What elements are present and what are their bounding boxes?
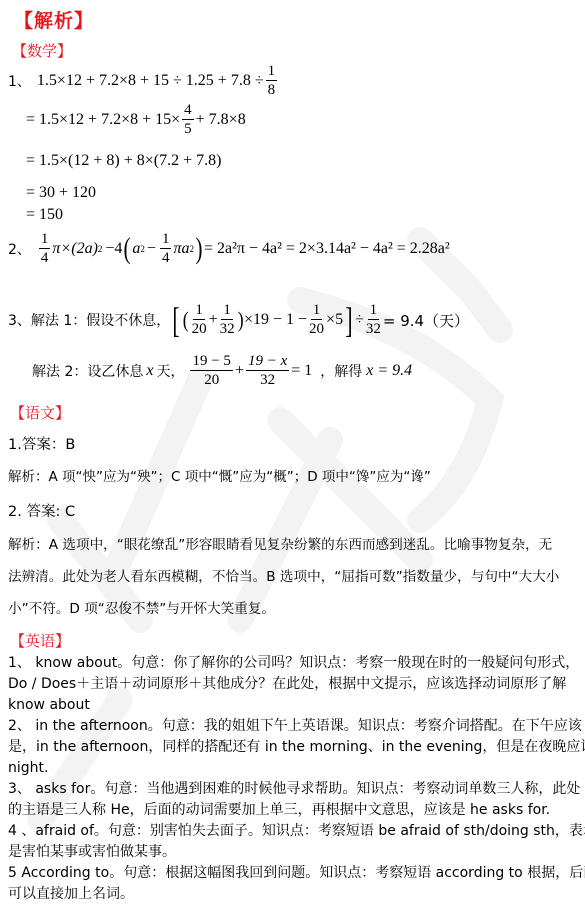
fraction: 4 5 bbox=[182, 103, 194, 137]
math-q1-line1: 1、 1.5×12 + 7.2×8 + 15 ÷ 1.25 + 7.8 ÷ 1 … bbox=[8, 64, 279, 98]
paren-close: ) bbox=[237, 309, 243, 331]
operator: + bbox=[235, 362, 244, 380]
denominator: 5 bbox=[184, 120, 192, 137]
expression: = 2a²π − 4a² = 2×3.14a² − 4a² = 2.28a² bbox=[204, 240, 450, 258]
numerator: 1 bbox=[266, 64, 278, 81]
fraction: 1 32 bbox=[366, 303, 381, 337]
chinese-q2-analysis-line1: 解析：A 选项中，“眼花缭乱”形容眼睛看见复杂纷繁的东西而感到迷乱。比喻事物复杂… bbox=[8, 535, 552, 556]
denominator: 20 bbox=[309, 320, 324, 337]
exponent: 2 bbox=[98, 244, 103, 254]
bracket-open: [ bbox=[173, 302, 180, 338]
math-q3-method1: 3、 解法 1：假设不休息， [ ( 1 20 + 1 32 ) ×19 − 1… bbox=[8, 302, 469, 338]
numerator: 1 bbox=[160, 232, 172, 249]
fraction: 1 8 bbox=[266, 64, 278, 98]
math-q1-line2: = 1.5×12 + 7.2×8 + 15× 4 5 + 7.8×8 bbox=[26, 103, 246, 137]
exponent: 2 bbox=[189, 244, 194, 254]
expression: = 1.5×12 + 7.2×8 + 15× bbox=[26, 111, 180, 129]
paren-close: ) bbox=[195, 234, 202, 264]
document-title: 【解析】 bbox=[14, 6, 94, 33]
english-item-1: 1、 know about。句意：你了解你的公司吗？知识点：考察一般现在时的一般… bbox=[8, 653, 579, 716]
unit: 天， bbox=[156, 361, 184, 381]
fraction: 19 − 5 20 bbox=[190, 354, 232, 388]
variable: a bbox=[132, 240, 140, 258]
question-number: 1、 bbox=[8, 71, 31, 91]
exponent: 2 bbox=[140, 244, 145, 254]
method-label: 解法 2：设乙休息 bbox=[32, 361, 143, 381]
operator: + bbox=[209, 311, 218, 329]
fraction: 1 20 bbox=[309, 303, 324, 337]
english-item-4: 4 、afraid of。句意：别害怕失去面子。知识点：考察短语 be afra… bbox=[8, 821, 585, 863]
english-item-3: 3、 asks for。句意：当他遇到困难的时候他寻求帮助。知识点：考察动词单数… bbox=[8, 779, 580, 821]
denominator: 4 bbox=[41, 249, 49, 266]
fraction: 19 − x 32 bbox=[246, 354, 289, 388]
text-line: 的主语是三人称 He，后面的动词需要加上单三，再根据中文意思，应该是 he as… bbox=[8, 800, 580, 821]
text-line: 4 、afraid of。句意：别害怕失去面子。知识点：考察短语 be afra… bbox=[8, 821, 585, 842]
operator: − bbox=[147, 240, 156, 258]
denominator: 4 bbox=[162, 249, 170, 266]
expression: −4 bbox=[105, 240, 122, 258]
fraction: 1 32 bbox=[220, 303, 235, 337]
chinese-q2-analysis-line3: 小”不符。D 项“忍俊不禁”与开怀大笑重复。 bbox=[8, 599, 275, 620]
text-line: 可以直接加上名词。 bbox=[8, 884, 585, 905]
numerator: 4 bbox=[182, 103, 194, 120]
numerator: 19 − 5 bbox=[190, 354, 232, 371]
section-heading-chinese: 【语文】 bbox=[10, 402, 70, 423]
denominator: 32 bbox=[366, 320, 381, 337]
paren-open: ( bbox=[183, 309, 189, 331]
english-item-5: 5 According to。句意：根据这幅图我回到问题。知识点：考察短语 ac… bbox=[8, 863, 585, 905]
expression: πa bbox=[173, 240, 189, 258]
fraction: 1 20 bbox=[192, 303, 207, 337]
expression: 1.5×12 + 7.2×8 + 15 ÷ 1.25 + 7.8 ÷ bbox=[37, 72, 264, 90]
denominator: 20 bbox=[192, 320, 207, 337]
denominator: 32 bbox=[260, 371, 275, 388]
text-line: know about bbox=[8, 695, 579, 716]
numerator: 1 bbox=[221, 303, 233, 320]
bracket-close: ] bbox=[345, 302, 352, 338]
variable: x bbox=[146, 362, 153, 380]
label: ，解得 bbox=[320, 361, 362, 381]
english-item-2: 2、 in the afternoon。句意：我的姐姐下午上英语课。知识点：考察… bbox=[8, 716, 585, 779]
fraction: 1 4 bbox=[160, 232, 172, 266]
denominator: 20 bbox=[204, 371, 219, 388]
text-line: 2、 in the afternoon。句意：我的姐姐下午上英语课。知识点：考察… bbox=[8, 716, 585, 737]
question-number: 2、 bbox=[8, 239, 31, 259]
fraction: 1 4 bbox=[39, 232, 51, 266]
text-line: 3、 asks for。句意：当他遇到困难的时候他寻求帮助。知识点：考察动词单数… bbox=[8, 779, 580, 800]
section-heading-math: 【数学】 bbox=[12, 40, 72, 61]
numerator: 1 bbox=[193, 303, 205, 320]
math-q1-line5: = 150 bbox=[26, 206, 63, 224]
chinese-q1-analysis: 解析：A 项“怏”应为“殃”；C 项中“慨”应为“概”；D 项中“馋”应为“谗” bbox=[8, 467, 431, 488]
numerator: 19 − x bbox=[246, 354, 289, 371]
math-q1-line3: = 1.5×(12 + 8) + 8×(7.2 + 7.8) bbox=[26, 152, 221, 170]
text-line: Do / Does＋主语＋动词原形＋其他成分？在此处，根据中文提示，应该选择动词… bbox=[8, 674, 579, 695]
denominator: 32 bbox=[220, 320, 235, 337]
numerator: 1 bbox=[39, 232, 51, 249]
expression: π×(2a) bbox=[52, 240, 97, 258]
chinese-q2-answer: 2. 答案: C bbox=[8, 502, 75, 523]
math-q3-method2: 解法 2：设乙休息 x 天， 19 − 5 20 + 19 − x 32 = 1… bbox=[32, 354, 412, 388]
expression: ×19 − 1 − bbox=[244, 311, 307, 329]
chinese-q2-analysis-line2: 法辨清。此处为老人看东西模糊，不恰当。B 选项中，“屈指可数”指数量少，与句中“… bbox=[8, 567, 559, 588]
numerator: 1 bbox=[368, 303, 380, 320]
question-number: 3、 bbox=[8, 310, 31, 330]
math-q2: 2、 1 4 π×(2a)2 −4 ( a2 − 1 4 πa2 ) = 2a²… bbox=[8, 232, 450, 266]
math-q1-line4: = 30 + 120 bbox=[26, 184, 96, 202]
section-heading-english: 【英语】 bbox=[10, 630, 70, 651]
chinese-q1-answer: 1.答案：B bbox=[8, 435, 75, 456]
result: = 9.4（天） bbox=[383, 310, 469, 331]
text-line: night. bbox=[8, 758, 585, 779]
text-line: 是害怕某事或害怕做某事。 bbox=[8, 842, 585, 863]
text-line: 1、 know about。句意：你了解你的公司吗？知识点：考察一般现在时的一般… bbox=[8, 653, 579, 674]
expression: ×5 bbox=[326, 311, 343, 329]
numerator: 1 bbox=[311, 303, 323, 320]
paren-open: ( bbox=[124, 234, 131, 264]
expression: + 7.8×8 bbox=[196, 111, 246, 129]
denominator: 8 bbox=[268, 81, 276, 98]
method-label: 解法 1：假设不休息， bbox=[31, 310, 170, 330]
result: x = 9.4 bbox=[366, 362, 412, 380]
text-line: 是，in the afternoon，同样的搭配还有 in the mornin… bbox=[8, 737, 585, 758]
text-line: 5 According to。句意：根据这幅图我回到问题。知识点：考察短语 ac… bbox=[8, 863, 585, 884]
expression: = 1 bbox=[291, 362, 312, 380]
operator: ÷ bbox=[355, 311, 364, 329]
